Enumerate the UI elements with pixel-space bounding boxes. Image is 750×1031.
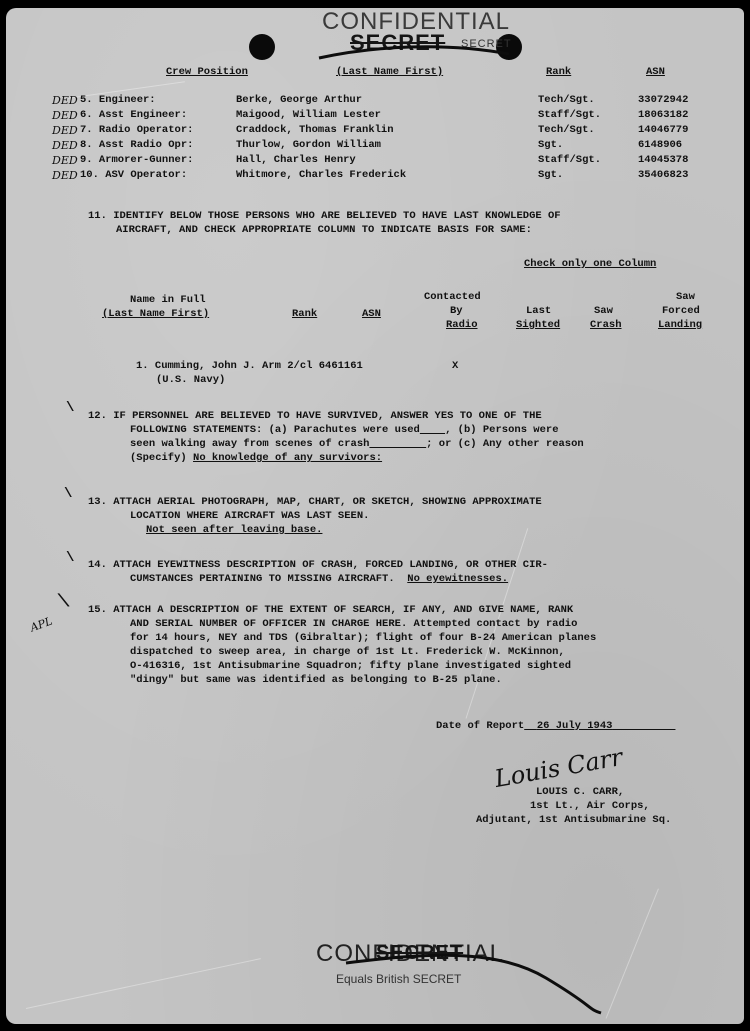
item-15-line: 15. ATTACH A DESCRIPTION OF THE EXTENT O…	[88, 604, 573, 617]
crew-asn: 33072942	[638, 94, 688, 107]
margin-ded-note: DED	[52, 154, 78, 167]
sighted-header: Sighted	[516, 319, 560, 332]
margin-check-mark: \	[66, 402, 74, 415]
date-label: Date of Report	[436, 720, 524, 732]
margin-ded-note: DED	[52, 109, 78, 122]
name-in-full-header: Name in Full	[130, 294, 206, 307]
blank-field-a	[420, 424, 445, 436]
crew-asn: 18063182	[638, 109, 688, 122]
item-12-line-3a: seen walking away from scenes of crash	[130, 438, 369, 450]
item-11-asn-header: ASN	[362, 308, 381, 321]
crew-position: 6. Asst Engineer:	[80, 109, 187, 122]
item-12-line-4: (Specify) No knowledge of any survivors:	[130, 452, 382, 465]
item-14-answer: No eyewitnesses.	[407, 573, 508, 585]
crew-position: 10. ASV Operator:	[80, 169, 187, 182]
item-15-line: AND SERIAL NUMBER OF OFFICER IN CHARGE H…	[130, 618, 577, 631]
crew-asn: 6148906	[638, 139, 682, 152]
item-12-line-2b: , (b) Persons were	[445, 424, 558, 436]
crew-name: Berke, George Arthur	[236, 94, 362, 107]
witness-row-radio-mark: X	[452, 360, 458, 373]
item-15-line: dispatched to sweep area, in charge of 1…	[130, 646, 565, 659]
margin-check-mark: \	[66, 552, 74, 565]
blank-field-b	[369, 438, 426, 450]
item-12-line-3: seen walking away from scenes of crash ;…	[130, 438, 584, 451]
item-14-line-2a: CUMSTANCES PERTAINING TO MISSING AIRCRAF…	[130, 573, 395, 585]
item-15-line: O-416316, 1st Antisubmarine Squadron; fi…	[130, 660, 571, 673]
crew-asn: 35406823	[638, 169, 688, 182]
margin-check-mark: \	[64, 488, 72, 501]
crew-rank: Staff/Sgt.	[538, 109, 601, 122]
crew-name: Maigood, William Lester	[236, 109, 381, 122]
last-name-first-subheader: (Last Name First)	[102, 308, 209, 321]
item-12-line-2a: FOLLOWING STATEMENTS: (a) Parachutes wer…	[130, 424, 420, 436]
date-value: 26 July 1943	[524, 720, 675, 732]
item-13-answer: Not seen after leaving base.	[146, 524, 322, 537]
item-13-line-1: 13. ATTACH AERIAL PHOTOGRAPH, MAP, CHART…	[88, 496, 542, 509]
last-header: Last	[526, 305, 551, 318]
crew-name: Hall, Charles Henry	[236, 154, 356, 167]
crew-position: 7. Radio Operator:	[80, 124, 193, 137]
crew-rank: Tech/Sgt.	[538, 94, 595, 107]
item-11-rank-header: Rank	[292, 308, 317, 321]
crew-name: Thurlow, Gordon William	[236, 139, 381, 152]
contacted-header: Contacted	[424, 291, 481, 304]
top-strike-stroke	[314, 36, 514, 66]
margin-ded-note: DED	[52, 124, 78, 137]
asn-header: ASN	[646, 66, 665, 79]
item-15-line: "dingy" but same was identified as belon…	[130, 674, 502, 687]
last-name-first-header: (Last Name First)	[336, 66, 443, 79]
margin-ded-note: DED	[52, 139, 78, 152]
item-12-answer: No knowledge of any survivors:	[193, 452, 382, 464]
crew-position: 9. Armorer-Gunner:	[80, 154, 193, 167]
document-page: CONFIDENTIAL SECRET SECRET Crew Position…	[6, 8, 744, 1024]
signatory-rank: 1st Lt., Air Corps,	[530, 800, 650, 813]
item-11-line-2: AIRCRAFT, AND CHECK APPROPRIATE COLUMN T…	[116, 224, 532, 237]
crew-asn: 14045378	[638, 154, 688, 167]
crew-position-header: Crew Position	[166, 66, 248, 79]
film-scratch	[26, 958, 261, 1009]
signatory-name: LOUIS C. CARR,	[536, 786, 624, 799]
item-13-line-2: LOCATION WHERE AIRCRAFT WAS LAST SEEN.	[130, 510, 369, 523]
forced-header: Forced	[662, 305, 700, 318]
item-12-line-3b: ; or (c) Any other reason	[426, 438, 584, 450]
saw-forced-header-1: Saw	[676, 291, 695, 304]
margin-initials: APL	[28, 615, 54, 635]
rank-header: Rank	[546, 66, 571, 79]
check-only-one-column-note: Check only one Column	[524, 258, 656, 271]
crew-asn: 14046779	[638, 124, 688, 137]
crew-rank: Tech/Sgt.	[538, 124, 595, 137]
margin-ded-note: DED	[52, 169, 78, 182]
item-14-line-2: CUMSTANCES PERTAINING TO MISSING AIRCRAF…	[130, 573, 508, 586]
crash-header: Crash	[590, 319, 622, 332]
stamp-strike-stroke	[306, 938, 606, 1018]
margin-ded-note: DED	[52, 94, 78, 107]
crew-rank: Staff/Sgt.	[538, 154, 601, 167]
crew-name: Whitmore, Charles Frederick	[236, 169, 406, 182]
punch-hole	[249, 34, 275, 60]
item-12-line-1: 12. IF PERSONNEL ARE BELIEVED TO HAVE SU…	[88, 410, 542, 423]
item-12-line-2: FOLLOWING STATEMENTS: (a) Parachutes wer…	[130, 424, 559, 437]
witness-row-sub: (U.S. Navy)	[156, 374, 225, 387]
crew-rank: Sgt.	[538, 169, 563, 182]
crew-position: 5. Engineer:	[80, 94, 156, 107]
landing-header: Landing	[658, 319, 702, 332]
margin-check-mark: \	[57, 595, 71, 610]
item-11-line-1: 11. IDENTIFY BELOW THOSE PERSONS WHO ARE…	[88, 210, 561, 223]
radio-header: Radio	[446, 319, 478, 332]
witness-row-entry: 1. Cumming, John J. Arm 2/cl 6461161	[136, 360, 363, 373]
crew-rank: Sgt.	[538, 139, 563, 152]
saw-crash-header-1: Saw	[594, 305, 613, 318]
item-14-line-1: 14. ATTACH EYEWITNESS DESCRIPTION OF CRA…	[88, 559, 548, 572]
crew-name: Craddock, Thomas Franklin	[236, 124, 394, 137]
item-12-specify: (Specify)	[130, 452, 187, 464]
film-scratch	[606, 889, 659, 1019]
crew-position: 8. Asst Radio Opr:	[80, 139, 193, 152]
date-of-report: Date of Report 26 July 1943	[436, 720, 675, 733]
item-15-line: for 14 hours, NEY and TDS (Gibraltar); f…	[130, 632, 596, 645]
by-header: By	[450, 305, 463, 318]
signatory-title: Adjutant, 1st Antisubmarine Sq.	[476, 814, 671, 827]
